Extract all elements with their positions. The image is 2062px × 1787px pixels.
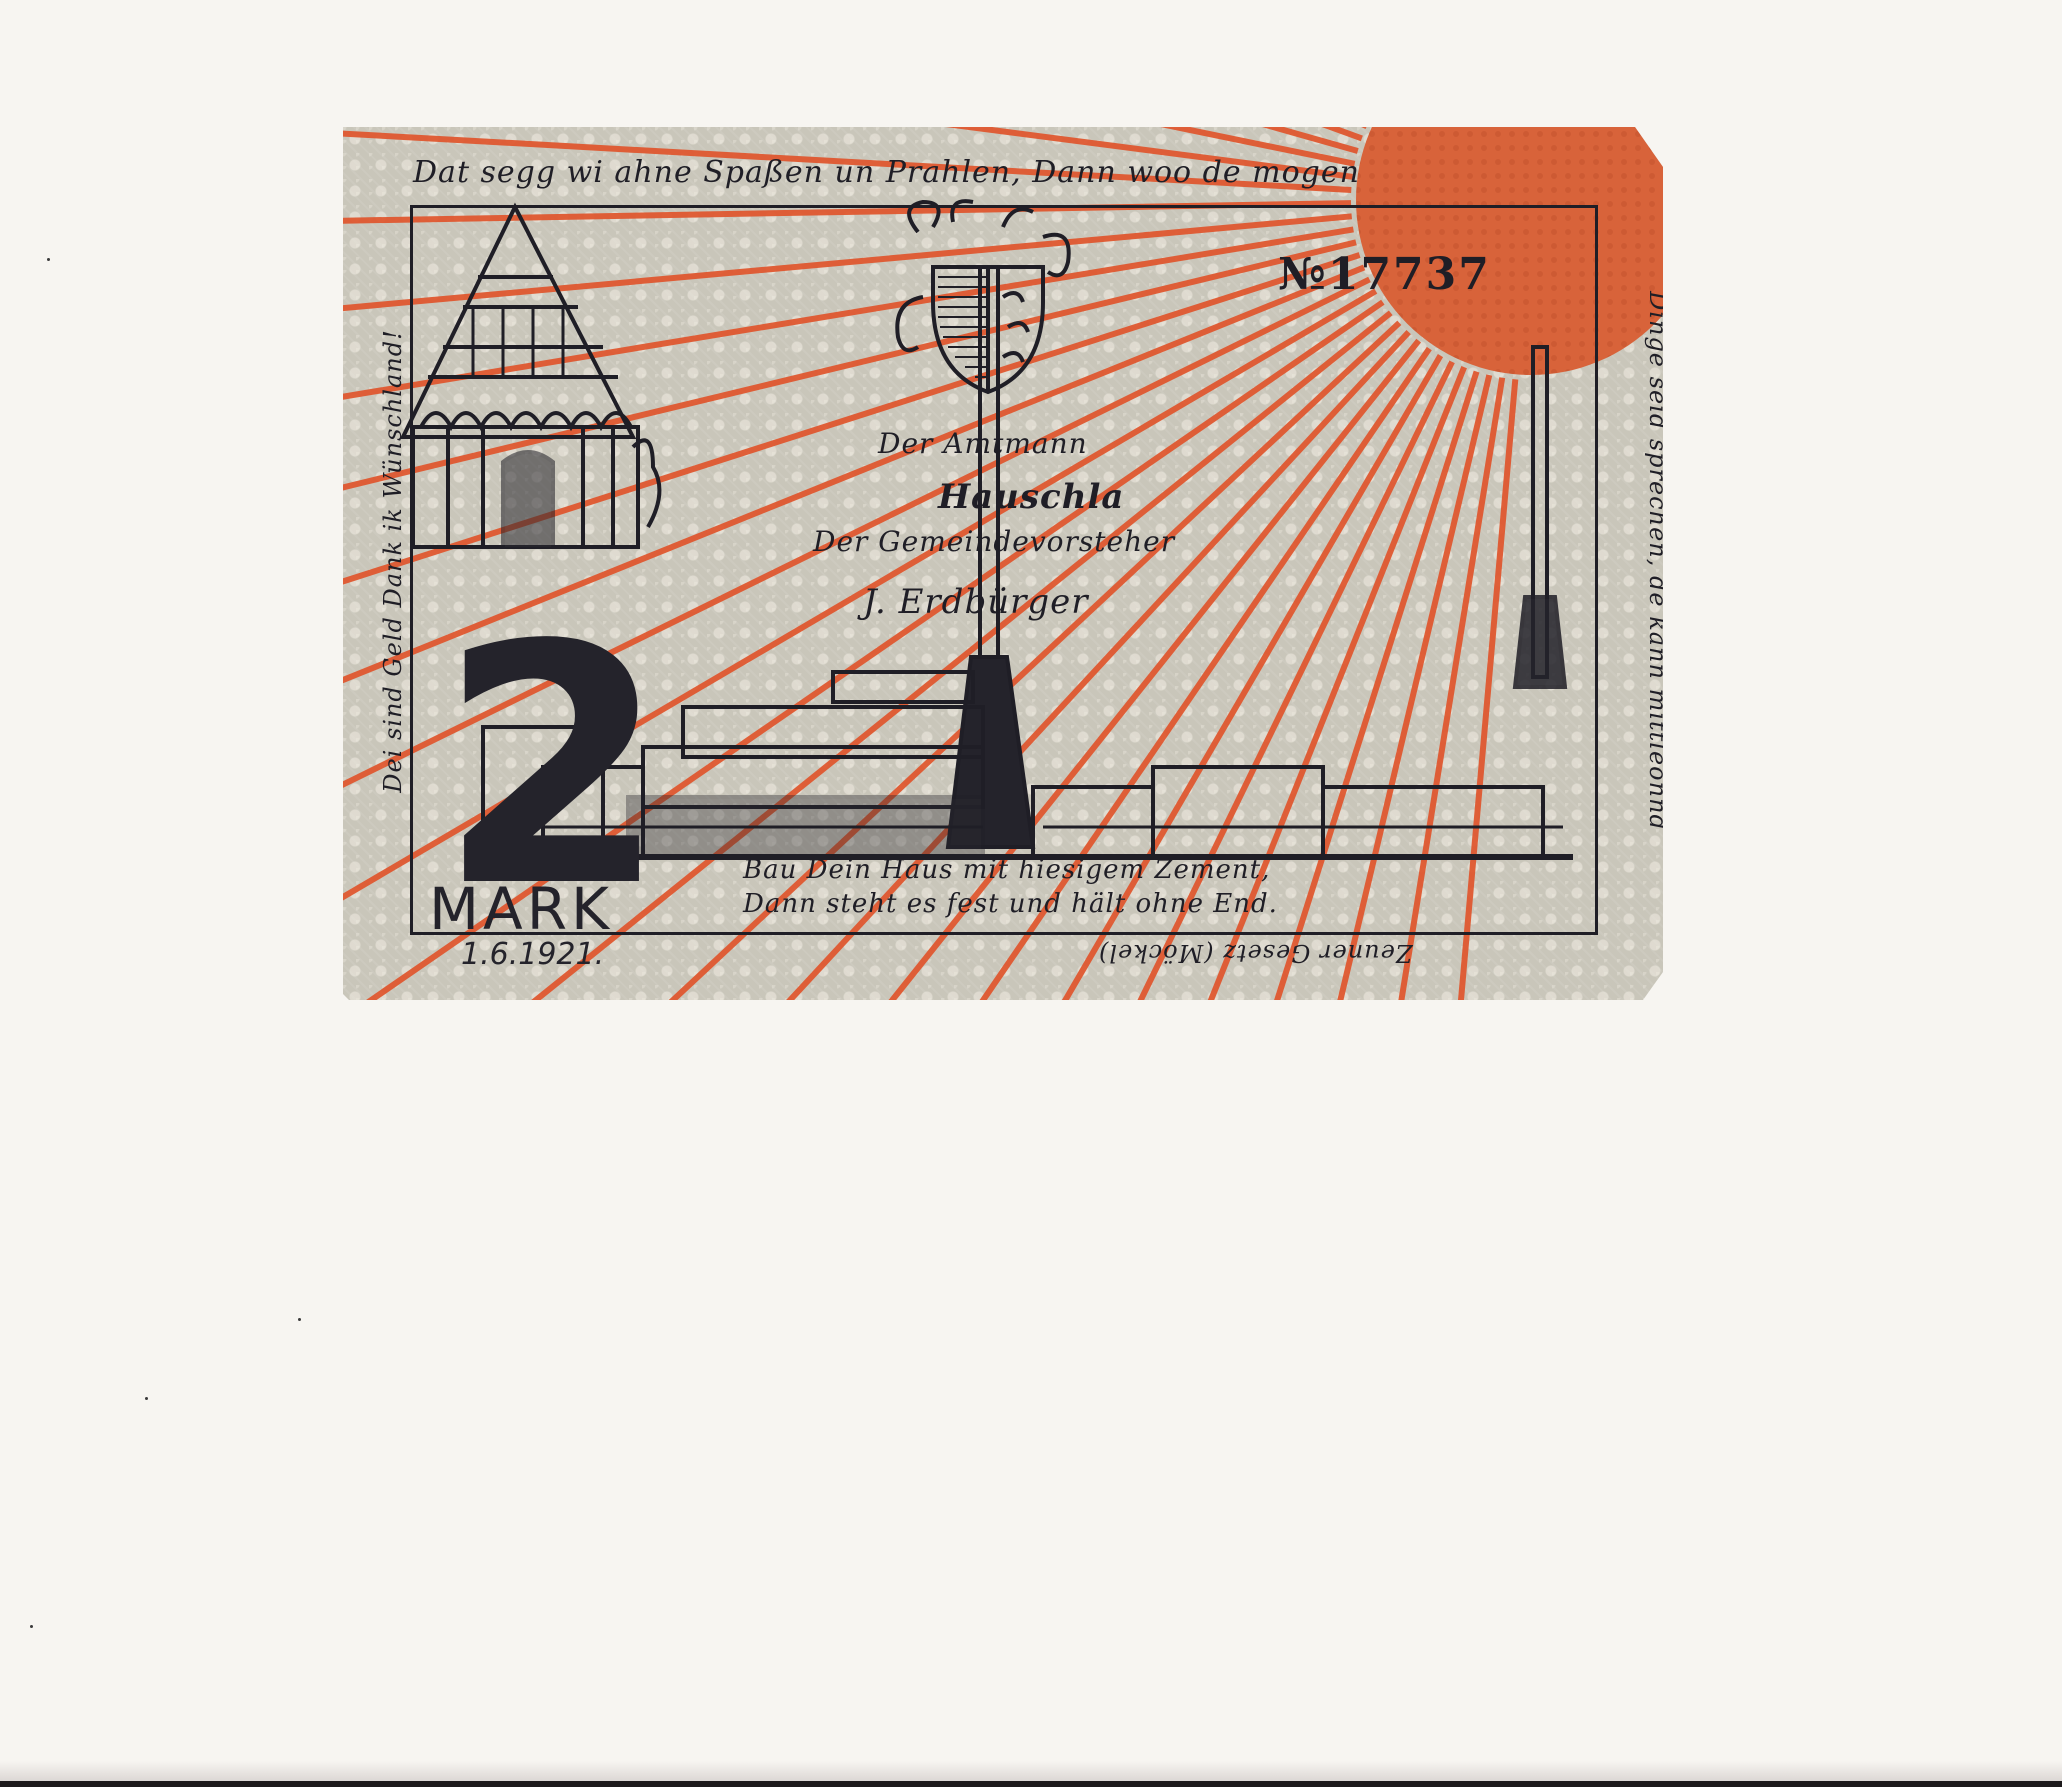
bottom-verse-line-1: Bau Dein Haus mit hiesigem Zement, xyxy=(743,855,1270,885)
verse-author-upside-down: Zeuner Gesetz (Möckel) xyxy=(1098,939,1413,967)
signatory-title-1: Der Amtmann xyxy=(878,427,1088,460)
scan-speck xyxy=(30,1625,33,1628)
scan-speck xyxy=(298,1318,301,1321)
right-verse: Dinge seid sprechen, de kann mittleonnd xyxy=(1644,181,1663,941)
scan-speck xyxy=(145,1397,148,1400)
banknote: Dat segg wi ahne Spaßen un Prahlen, Dann… xyxy=(343,127,1663,1000)
left-verse: Dei sind Geld Dank ik Wünschland! xyxy=(379,201,407,921)
signature-1: Hauschla xyxy=(938,477,1124,517)
signatory-title-2: Der Gemeindevorsteher xyxy=(813,525,1175,558)
issue-date: 1.6.1921. xyxy=(461,937,604,972)
top-verse: Dat segg wi ahne Spaßen un Prahlen, Dann… xyxy=(413,155,1360,190)
scanner-edge xyxy=(0,1781,2062,1787)
denomination-unit: MARK xyxy=(429,875,613,943)
scanner-edge-shadow xyxy=(0,1761,2062,1781)
serial-number: №17737 xyxy=(1278,249,1491,300)
bottom-verse-line-2: Dann steht es fest und hält ohne End. xyxy=(743,889,1278,919)
signature-2: J. Erdbürger xyxy=(863,582,1089,622)
scan-speck xyxy=(47,258,50,261)
